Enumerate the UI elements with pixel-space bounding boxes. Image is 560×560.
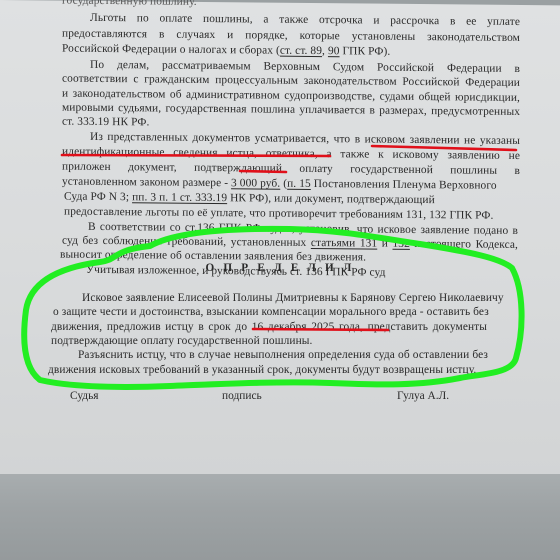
p4-text: настоящего Кодекса, xyxy=(410,238,518,251)
table-surface xyxy=(0,474,560,560)
link-nk-333-19[interactable]: пп. 3 п. 1 ст. 333.19 xyxy=(132,191,227,204)
amount-3000: 3 000 руб. xyxy=(231,177,280,189)
signature-sign: подпись xyxy=(222,390,262,402)
link-art-89[interactable]: ст. ст. 89 xyxy=(280,45,322,57)
deadline-date: до 16 декабря 2025 года xyxy=(235,321,360,333)
p4-text: суд без соблюдения требований, установле… xyxy=(62,235,311,249)
p2-line5: ст. 333.19 НК РФ. xyxy=(62,116,149,130)
top-fragment: государственную пошлину. xyxy=(62,0,197,9)
p3-text: Постановления Пленума Верховного xyxy=(311,178,497,192)
p1-line1: Льготы по оплате пошлины, а также отсроч… xyxy=(90,12,520,29)
ruling2-line2: движения исковых требований в указанный … xyxy=(48,364,476,377)
p3-highlight-b: приложен документ, подтверждающий оплату xyxy=(62,161,333,176)
p3-text: государственной пошлины в xyxy=(333,163,520,177)
link-art-132[interactable]: 132 xyxy=(392,238,409,250)
p3-text: установленном законом размере - xyxy=(62,176,231,190)
p3-line5: Суда РФ N 3; пп. 3 п. 1 ст. 333.19 НК РФ… xyxy=(64,191,435,208)
document-page: государственную пошлину. Льготы по оплат… xyxy=(0,0,560,483)
signature-name: Гулуа А.Л. xyxy=(397,390,449,402)
link-art-90[interactable]: 90 xyxy=(328,45,340,57)
p3-text: НК РФ), или документ, подтверждающий xyxy=(227,192,435,206)
ruling1-line4: подтверждающие оплату государственной по… xyxy=(51,335,312,348)
p3-highlight-a: к исковому заявлению не xyxy=(378,149,520,162)
link-p15[interactable]: п. 15 xyxy=(287,178,311,190)
ruling-text: , представить документы xyxy=(360,321,487,333)
p3-text: идентификационные сведения истца, ответч… xyxy=(62,146,378,161)
p1-text: Российской Федерации о налогах и сборах … xyxy=(62,43,280,57)
ruling-text: движения, предложив истцу в срок xyxy=(51,321,235,333)
ruling-title: О П Р Е Д Е Л И Л xyxy=(0,262,560,274)
p3-line1: Из представленных документов усматривает… xyxy=(90,131,520,148)
p1-line3: Российской Федерации о налогах и сборах … xyxy=(62,43,390,59)
p1-tail: ГПК РФ). xyxy=(340,45,391,57)
ruling1-line3: движения, предложив истцу в срок до 16 д… xyxy=(51,321,487,334)
p4-text: и xyxy=(377,238,392,250)
p3-text: Суда РФ N 3; xyxy=(64,191,132,204)
ruling1-line2: о защите чести и достоинства, взыскании … xyxy=(53,306,485,319)
p3-line6: предоставление льготы по её уплате, что … xyxy=(64,206,493,223)
link-art-131[interactable]: статьями 131 xyxy=(311,237,377,250)
ruling2-line1: Разъяснить истцу, что в случае невыполне… xyxy=(78,349,488,362)
signature-role: Судья xyxy=(70,390,99,402)
ruling1-line1: Исковое заявление Елисеевой Полины Дмитр… xyxy=(82,292,484,305)
